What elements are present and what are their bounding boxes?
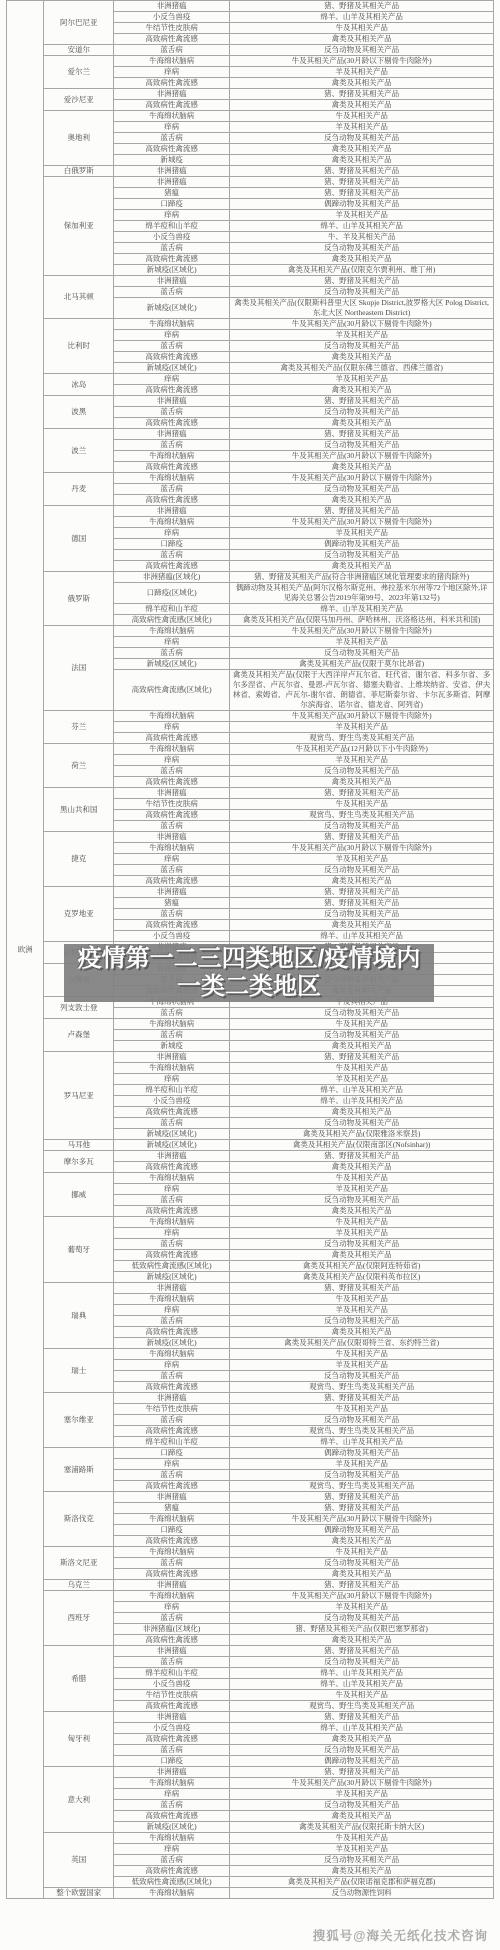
disease-cell: 高致病性禽流感 xyxy=(114,254,230,265)
country-cell: 马耳他 xyxy=(44,1140,114,1151)
country-cell: 瑞典 xyxy=(44,1283,114,1349)
disease-cell: 牛海绵状脑病 xyxy=(114,56,230,67)
products-cell: 猪、野猪及其相关产品 xyxy=(230,1492,494,1503)
country-cell: 乌克兰 xyxy=(44,1580,114,1591)
table-row: 白俄罗斯非洲猪瘟猪、野猪及其相关产品 xyxy=(7,166,494,177)
products-cell: 羊及其相关产品 xyxy=(230,1360,494,1371)
table-row: 罗马尼亚非洲猪瘟猪、野猪及其相关产品 xyxy=(7,1052,494,1063)
disease-cell: 蓝舌病 xyxy=(114,1118,230,1129)
products-cell: 偶蹄动物及其相关产品 xyxy=(230,199,494,210)
disease-cell: 非洲猪瘟 xyxy=(114,1052,230,1063)
products-cell: 猪、野猪及其相关产品 xyxy=(230,1580,494,1591)
country-cell: 奥地利 xyxy=(44,111,114,166)
country-cell: 白俄罗斯 xyxy=(44,166,114,177)
disease-cell: 蓝舌病 xyxy=(114,484,230,495)
disease-cell: 口蹄疫(区域化) xyxy=(114,583,230,604)
disease-cell: 小反刍兽疫 xyxy=(114,1096,230,1107)
disease-cell: 痒病 xyxy=(114,67,230,78)
table-row: 欧洲阿尔巴尼亚非洲猪瘟猪、野猪及其相关产品 xyxy=(7,1,494,12)
disease-cell: 绵羊痘和山羊痘 xyxy=(114,221,230,232)
disease-cell: 牛结节性皮肤病 xyxy=(114,1690,230,1701)
table-row: 挪威牛海绵状脑病牛及其相关产品 xyxy=(7,1173,494,1184)
products-cell: 禽类及其相关产品(仅限雅洛米察县) xyxy=(230,1129,494,1140)
disease-cell: 高致病性禽流感 xyxy=(114,810,230,821)
products-cell: 反刍动物及其相关产品 xyxy=(230,648,494,659)
disease-cell: 牛海绵状脑病 xyxy=(114,1294,230,1305)
disease-cell: 蓝舌病 xyxy=(114,407,230,418)
products-cell: 羊及其相关产品 xyxy=(230,755,494,766)
products-cell: 禽类及其相关产品 xyxy=(230,78,494,89)
products-cell: 羊及其相关产品 xyxy=(230,1074,494,1085)
disease-cell: 非洲猪瘟 xyxy=(114,276,230,287)
products-cell: 绵羊、山羊及其相关产品 xyxy=(230,1437,494,1448)
disease-cell: 蓝舌病 xyxy=(114,1030,230,1041)
disease-cell: 高致病性禽流感 xyxy=(114,1250,230,1261)
products-cell: 禽类及其相关产品 xyxy=(230,1250,494,1261)
products-cell: 牛及其相关产品(12月龄以下小牛肉除外) xyxy=(230,744,494,755)
products-cell: 牛及其相关产品(30月龄以下剔骨牛肉除外) xyxy=(230,56,494,67)
products-cell: 反刍动物及其相关产品 xyxy=(230,909,494,920)
products-cell: 反刍动物及其相关产品 xyxy=(230,1118,494,1129)
products-cell: 反刍动物及其相关产品 xyxy=(230,1613,494,1624)
disease-cell: 蓝舌病 xyxy=(114,287,230,298)
disease-cell: 高致病性禽流感 xyxy=(114,1536,230,1547)
products-cell: 反刍动物及其相关产品 xyxy=(230,1316,494,1327)
products-cell: 猪、野猪及其相关产品 xyxy=(230,1646,494,1657)
products-cell: 羊及其相关产品 xyxy=(230,1602,494,1613)
country-cell: 卢森堡 xyxy=(44,1019,114,1052)
disease-cell: 高致病性禽流感 xyxy=(114,495,230,506)
disease-cell: 非洲猪瘟 xyxy=(114,177,230,188)
products-cell: 观赏鸟、野生鸟类及其相关产品 xyxy=(230,1426,494,1437)
table-row: 芬兰牛海绵状脑病牛及其相关产品(30月龄以下剔骨牛肉除外) xyxy=(7,711,494,722)
disease-cell: 牛结节性皮肤病 xyxy=(114,1404,230,1415)
disease-cell: 蓝舌病 xyxy=(114,821,230,832)
country-cell: 爱沙尼亚 xyxy=(44,89,114,111)
products-cell: 牛及其相关产品 xyxy=(230,1019,494,1030)
products-cell: 禽类及其相关产品(仅限哥特兰省、东约特兰省) xyxy=(230,1338,494,1349)
disease-cell: 痒病 xyxy=(114,122,230,133)
products-cell: 禽类及其相关产品 xyxy=(230,1635,494,1646)
products-cell: 禽类及其相关产品 xyxy=(230,1734,494,1745)
disease-cell: 非洲猪瘟(区域化) xyxy=(114,1624,230,1635)
watermark-text: 搜狐号@海关无纸化技术咨询 xyxy=(313,1926,488,1944)
table-row: 安道尔蓝舌病反刍动物及其相关产品 xyxy=(7,45,494,56)
disease-cell: 口蹄疫 xyxy=(114,199,230,210)
disease-cell: 高致病性禽流感 xyxy=(114,1162,230,1173)
table-row: 黑山共和国非洲猪瘟猪、野猪及其相关产品 xyxy=(7,788,494,799)
disease-cell: 非洲猪瘟 xyxy=(114,1492,230,1503)
products-cell: 猪、野猪及其相关产品(符合非洲猪瘟区域化管理要求的猪肉除外) xyxy=(230,572,494,583)
table-row: 丹麦牛海绵状脑病牛及其相关产品(30月龄以下剔骨牛肉除外) xyxy=(7,473,494,484)
disease-cell: 痒病 xyxy=(114,722,230,733)
disease-cell: 高致病性禽流感 xyxy=(114,777,230,788)
disease-cell: 蓝舌病 xyxy=(114,766,230,777)
country-cell: 瑞士 xyxy=(44,1349,114,1393)
table-row: 克罗地亚非洲猪瘟猪、野猪及其相关产品 xyxy=(7,887,494,898)
disease-cell: 蓝舌病 xyxy=(114,45,230,56)
country-cell: 整个欧盟国家 xyxy=(44,1888,114,1899)
products-cell: 牛及其相关产品(30月龄以下剔骨牛肉除外) xyxy=(230,451,494,462)
products-cell: 绵羊、山羊及其相关产品 xyxy=(230,221,494,232)
disease-cell: 牛海绵状脑病 xyxy=(114,1349,230,1360)
country-cell: 波黑 xyxy=(44,396,114,429)
products-cell: 反刍动物及其相关产品 xyxy=(230,1195,494,1206)
disease-cell: 蓝舌病 xyxy=(114,1745,230,1756)
products-cell: 禽类及其相关产品(仅限东佛兰德省、西佛兰德省) xyxy=(230,363,494,374)
products-cell: 观赏鸟、野生鸟类及其相关产品 xyxy=(230,810,494,821)
disease-cell: 高致病性禽流感 xyxy=(114,462,230,473)
table-row: 匈牙利非洲猪瘟猪、野猪及其相关产品 xyxy=(7,1712,494,1723)
table-row: 斯洛文尼亚牛海绵状脑病牛及其相关产品 xyxy=(7,1547,494,1558)
disease-cell: 小反刍兽疫 xyxy=(114,232,230,243)
products-cell: 羊及其相关产品 xyxy=(230,1789,494,1800)
disease-cell: 非洲猪瘟 xyxy=(114,1283,230,1294)
table-row: 荷兰牛海绵状脑病牛及其相关产品(12月龄以下小牛肉除外) xyxy=(7,744,494,755)
disease-cell: 高致病性禽流感 xyxy=(114,100,230,111)
disease-cell: 牛海绵状脑病 xyxy=(114,1888,230,1899)
products-cell: 禽类及其相关产品 xyxy=(230,385,494,396)
overlay-title: 疫情第一二三四类地区/疫情境内一类二类地区 xyxy=(64,945,434,1001)
disease-cell: 小反刍兽疫 xyxy=(114,931,230,942)
table-row: 乌克兰非洲猪瘟猪、野猪及其相关产品 xyxy=(7,1580,494,1591)
products-cell: 牛及其相关产品 xyxy=(230,1063,494,1074)
products-cell: 羊及其相关产品 xyxy=(230,1459,494,1470)
products-cell: 牛及其相关产品(30月龄以下剔骨牛肉除外) xyxy=(230,517,494,528)
disease-cell: 高致病性禽流感 xyxy=(114,1206,230,1217)
disease-cell: 猪瘟 xyxy=(114,188,230,199)
products-cell: 禽类及其相关产品 xyxy=(230,777,494,788)
country-cell: 西班牙 xyxy=(44,1591,114,1646)
products-cell: 反刍动物及其相关产品 xyxy=(230,1855,494,1866)
disease-cell: 绵羊痘和山羊痘 xyxy=(114,1085,230,1096)
table-row: 爱尔兰牛海绵状脑病牛及其相关产品(30月龄以下剔骨牛肉除外) xyxy=(7,56,494,67)
disease-cell: 痒病 xyxy=(114,854,230,865)
disease-cell: 痒病 xyxy=(114,1360,230,1371)
products-cell: 羊及其相关产品 xyxy=(230,1844,494,1855)
products-cell: 反刍动物及其相关产品 xyxy=(230,1008,494,1019)
products-cell: 羊及其相关产品 xyxy=(230,122,494,133)
country-cell: 荷兰 xyxy=(44,744,114,788)
products-cell: 牛及其相关产品(30月龄以下剔骨牛肉除外) xyxy=(230,319,494,330)
disease-cell: 新城疫(区域化) xyxy=(114,1338,230,1349)
products-cell: 反刍动物及其相关产品 xyxy=(230,1558,494,1569)
products-cell: 羊及其相关产品 xyxy=(230,67,494,78)
products-cell: 反刍动物及其相关产品 xyxy=(230,407,494,418)
disease-cell: 牛结节性皮肤病 xyxy=(114,23,230,34)
disease-cell: 牛海绵状脑病 xyxy=(114,1173,230,1184)
products-cell: 羊及其相关产品 xyxy=(230,722,494,733)
table-row: 摩尔多瓦非洲猪瘟猪、野猪及其相关产品 xyxy=(7,1151,494,1162)
disease-cell: 高致病性禽流感 xyxy=(114,1635,230,1646)
disease-cell: 牛海绵状脑病 xyxy=(114,1833,230,1844)
disease-cell: 牛海绵状脑病 xyxy=(114,1547,230,1558)
disease-cell: 牛海绵状脑病 xyxy=(114,473,230,484)
disease-cell: 高致病性禽流感 xyxy=(114,1382,230,1393)
products-cell: 猪、野猪及其相关产品 xyxy=(230,506,494,517)
table-row: 奥地利牛海绵状脑病牛及其相关产品 xyxy=(7,111,494,122)
products-cell: 反刍动物及其相关产品 xyxy=(230,1415,494,1426)
disease-cell: 非洲猪瘟 xyxy=(114,1151,230,1162)
products-cell: 猪、野猪及其相关产品 xyxy=(230,887,494,898)
disease-cell: 非洲猪瘟 xyxy=(114,887,230,898)
region-cell: 欧洲 xyxy=(7,1,44,1899)
disease-cell: 牛海绵状脑病 xyxy=(114,1019,230,1030)
disease-cell: 痒病 xyxy=(114,374,230,385)
products-cell: 羊及其相关产品 xyxy=(230,1228,494,1239)
disease-cell: 新城疫(区域化) xyxy=(114,1129,230,1140)
table-row: 德国非洲猪瘟猪、野猪及其相关产品 xyxy=(7,506,494,517)
country-cell: 塞浦路斯 xyxy=(44,1448,114,1492)
disease-cell: 高致病性禽流感 xyxy=(114,1701,230,1712)
disease-cell: 牛海绵状脑病 xyxy=(114,1591,230,1602)
disease-cell: 新城疫(区域化) xyxy=(114,659,230,670)
country-cell: 摩尔多瓦 xyxy=(44,1151,114,1173)
products-cell: 羊及其相关产品 xyxy=(230,637,494,648)
country-cell: 冰岛 xyxy=(44,374,114,396)
products-cell: 偶蹄动物及其相关产品 xyxy=(230,539,494,550)
products-cell: 羊及其相关产品 xyxy=(230,1305,494,1316)
table-row: 英国牛海绵状脑病牛及其相关产品 xyxy=(7,1833,494,1844)
disease-cell: 牛海绵状脑病 xyxy=(114,744,230,755)
disease-cell: 低致病性禽流感(区域化) xyxy=(114,1877,230,1888)
disease-cell: 小反刍兽疫 xyxy=(114,12,230,23)
disease-cell: 蓝舌病 xyxy=(114,1008,230,1019)
disease-cell: 高致病性禽流感 xyxy=(114,1734,230,1745)
disease-cell: 新城疫(区域化) xyxy=(114,298,230,319)
products-cell: 反刍动物及其相关产品 xyxy=(230,440,494,451)
products-cell: 猪、野猪及其相关产品 xyxy=(230,1151,494,1162)
disease-cell: 非洲猪瘟 xyxy=(114,429,230,440)
country-cell: 黑山共和国 xyxy=(44,788,114,832)
products-cell: 禽类及其相关产品 xyxy=(230,1811,494,1822)
products-cell: 反刍动物及其相关产品 xyxy=(230,1800,494,1811)
country-cell: 俄罗斯 xyxy=(44,572,114,626)
disease-cell: 高致病性禽流感 xyxy=(114,1107,230,1118)
disease-cell: 高致病性禽流感 xyxy=(114,418,230,429)
products-cell: 牛及其相关产品 xyxy=(230,23,494,34)
disease-cell: 口蹄疫 xyxy=(114,1756,230,1767)
country-cell: 斯洛文尼亚 xyxy=(44,1547,114,1580)
products-cell: 牛及其相关产品 xyxy=(230,1173,494,1184)
products-cell: 牛及其相关产品(30月龄以下剔骨牛肉除外) xyxy=(230,1778,494,1789)
disease-cell: 小反刍兽疫 xyxy=(114,1679,230,1690)
country-cell: 希腊 xyxy=(44,1646,114,1712)
products-cell: 禽类及其相关产品 xyxy=(230,1041,494,1052)
disease-cell: 痒病 xyxy=(114,1789,230,1800)
table-row: 斯洛伐克非洲猪瘟猪、野猪及其相关产品 xyxy=(7,1492,494,1503)
disease-cell: 高致病性禽流感 xyxy=(114,78,230,89)
products-cell: 猪、野猪及其相关产品 xyxy=(230,1767,494,1778)
products-cell: 猪、野猪及其相关产品 xyxy=(230,1,494,12)
products-cell: 猪、野猪及其相关产品 xyxy=(230,1503,494,1514)
disease-cell: 蓝舌病 xyxy=(114,341,230,352)
products-cell: 猪、野猪及其相关产品(仅限巴塞罗那省) xyxy=(230,1624,494,1635)
table-row: 捷克非洲猪瘟猪、野猪及其相关产品 xyxy=(7,832,494,843)
disease-cell: 蓝舌病 xyxy=(114,1855,230,1866)
disease-cell: 蓝舌病 xyxy=(114,1415,230,1426)
products-cell: 绵羊、山羊及其相关产品 xyxy=(230,1085,494,1096)
disease-cell: 牛海绵状脑病 xyxy=(114,711,230,722)
products-cell: 禽类及其相关产品 xyxy=(230,144,494,155)
disease-cell: 高致病性禽流感(区域化) xyxy=(114,670,230,711)
products-cell: 禽类及其相关产品(仅限南部区(Nofsinhar)) xyxy=(230,1140,494,1151)
disease-cell: 非洲猪瘟 xyxy=(114,166,230,177)
country-cell: 斯洛伐克 xyxy=(44,1492,114,1547)
products-cell: 禽类及其相关产品(仅限斯科普里大区 Skopje District,波罗格大区 … xyxy=(230,298,494,319)
products-cell: 禽类及其相关产品 xyxy=(230,1327,494,1338)
table-row: 俄罗斯非洲猪瘟(区域化)猪、野猪及其相关产品(符合非洲猪瘟区域化管理要求的猪肉除… xyxy=(7,572,494,583)
disease-cell: 痒病 xyxy=(114,528,230,539)
table-row: 波黑非洲猪瘟猪、野猪及其相关产品 xyxy=(7,396,494,407)
table-row: 塞浦路斯口蹄疫偶蹄动物及其相关产品 xyxy=(7,1448,494,1459)
disease-cell: 痒病 xyxy=(114,330,230,341)
disease-cell: 牛海绵状脑病 xyxy=(114,451,230,462)
products-cell: 禽类及其相关产品 xyxy=(230,561,494,572)
disease-cell: 蓝舌病 xyxy=(114,1800,230,1811)
products-cell: 反刍动物及其相关产品 xyxy=(230,1657,494,1668)
disease-cell: 高致病性禽流感 xyxy=(114,1811,230,1822)
products-cell: 偶蹄动物及其相关产品 xyxy=(230,1756,494,1767)
disease-cell: 绵羊痘和山羊痘 xyxy=(114,1437,230,1448)
products-cell: 猪、野猪及其相关产品 xyxy=(230,1052,494,1063)
disease-cell: 新城疫(区域化) xyxy=(114,265,230,276)
products-cell: 猪、野猪及其相关产品 xyxy=(230,276,494,287)
disease-cell: 高致病性禽流感 xyxy=(114,920,230,931)
products-cell: 观赏鸟、野生鸟类及其相关产品 xyxy=(230,1701,494,1712)
disease-cell: 非洲猪瘟 xyxy=(114,396,230,407)
products-cell: 反刍动物源性饲料 xyxy=(230,1888,494,1899)
country-cell: 克罗地亚 xyxy=(44,887,114,942)
products-cell: 绵羊、山羊及其相关产品 xyxy=(230,12,494,23)
country-cell: 英国 xyxy=(44,1833,114,1888)
products-cell: 偶蹄动物及其相关产品 xyxy=(230,1448,494,1459)
table-row: 瑞典非洲猪瘟猪、野猪及其相关产品 xyxy=(7,1283,494,1294)
disease-cell: 绵羊痘和山羊痘 xyxy=(114,1668,230,1679)
disease-cell: 猪瘟 xyxy=(114,898,230,909)
disease-cell: 非洲猪瘟 xyxy=(114,506,230,517)
products-cell: 猪、野猪及其相关产品 xyxy=(230,166,494,177)
country-cell: 比利时 xyxy=(44,319,114,374)
table-row: 北马其顿非洲猪瘟猪、野猪及其相关产品 xyxy=(7,276,494,287)
table-row: 瑞士牛海绵状脑病牛及其相关产品 xyxy=(7,1349,494,1360)
table-row: 保加利亚非洲猪瘟猪、野猪及其相关产品 xyxy=(7,177,494,188)
table-row: 比利时牛海绵状脑病牛及其相关产品(30月龄以下剔骨牛肉除外) xyxy=(7,319,494,330)
table-row: 整个欧盟国家牛海绵状脑病反刍动物源性饲料 xyxy=(7,1888,494,1899)
disease-cell: 蓝舌病 xyxy=(114,1657,230,1668)
disease-cell: 痒病 xyxy=(114,1228,230,1239)
table-row: 葡萄牙牛海绵状脑病牛及其相关产品 xyxy=(7,1217,494,1228)
disease-cell: 痒病 xyxy=(114,1305,230,1316)
disease-cell: 高致病性禽流感 xyxy=(114,144,230,155)
disease-cell: 牛结节性皮肤病 xyxy=(114,799,230,810)
country-cell: 匈牙利 xyxy=(44,1712,114,1767)
products-cell: 羊及其相关产品 xyxy=(230,854,494,865)
products-cell: 禽类及其相关产品 xyxy=(230,876,494,887)
products-cell: 观赏鸟、野生鸟类及其相关产品 xyxy=(230,1382,494,1393)
products-cell: 反刍动物及其相关产品 xyxy=(230,865,494,876)
products-cell: 牛及其相关产品(30月龄以下剔骨牛肉除外) xyxy=(230,1591,494,1602)
products-cell: 禽类及其相关产品 xyxy=(230,1569,494,1580)
products-cell: 禽类及其相关产品(仅限马加丹州、萨哈林州、沃洛格达州、科米共和国) xyxy=(230,615,494,626)
disease-cell: 痒病 xyxy=(114,1184,230,1195)
disease-cell: 牛海绵状脑病 xyxy=(114,319,230,330)
disease-cell: 新城疫(区域化) xyxy=(114,363,230,374)
disease-cell: 高致病性禽流感(区域化) xyxy=(114,615,230,626)
products-cell: 偶蹄动物及其相关产品(阿尔汉格尔斯克州、弗拉基米尔州等72个地区除外,详见海关总… xyxy=(230,583,494,604)
country-cell: 意大利 xyxy=(44,1767,114,1833)
table-row: 波兰非洲猪瘟猪、野猪及其相关产品 xyxy=(7,429,494,440)
products-cell: 猪、野猪及其相关产品 xyxy=(230,1712,494,1723)
products-cell: 猪、野猪及其相关产品 xyxy=(230,396,494,407)
table-row: 希腊非洲猪瘟猪、野猪及其相关产品 xyxy=(7,1646,494,1657)
disease-cell: 非洲猪瘟 xyxy=(114,1646,230,1657)
country-cell: 葡萄牙 xyxy=(44,1217,114,1283)
table-row: 卢森堡牛海绵状脑病牛及其相关产品 xyxy=(7,1019,494,1030)
products-cell: 绵羊、山羊及其相关产品 xyxy=(230,1679,494,1690)
disease-cell: 非洲猪瘟 xyxy=(114,1,230,12)
products-cell: 反刍动物及其相关产品 xyxy=(230,133,494,144)
country-cell: 波兰 xyxy=(44,429,114,473)
products-cell: 禽类及其相关产品 xyxy=(230,1107,494,1118)
disease-cell: 非洲猪瘟 xyxy=(114,1767,230,1778)
disease-cell: 蓝舌病 xyxy=(114,1239,230,1250)
disease-cell: 牛海绵状脑病 xyxy=(114,1063,230,1074)
disease-cell: 低致病性禽流感(区域化) xyxy=(114,1261,230,1272)
products-cell: 猪、野猪及其相关产品 xyxy=(230,898,494,909)
products-cell: 禽类及其相关产品(仅限阿连特茹省) xyxy=(230,1261,494,1272)
disease-cell: 高致病性禽流感 xyxy=(114,385,230,396)
products-cell: 反刍动物及其相关产品 xyxy=(230,287,494,298)
products-cell: 禽类及其相关产品(仅限托斯卡纳大区) xyxy=(230,1822,494,1833)
products-cell: 牛及其相关产品 xyxy=(230,111,494,122)
table-row: 马耳他新城疫(区域化)禽类及其相关产品(仅限南部区(Nofsinhar)) xyxy=(7,1140,494,1151)
products-cell: 牛及其相关产品 xyxy=(230,1547,494,1558)
products-cell: 牛及其相关产品 xyxy=(230,799,494,810)
products-cell: 禽类及其相关产品 xyxy=(230,155,494,166)
products-cell: 牛及其相关产品(30月龄以下剔骨牛肉除外) xyxy=(230,843,494,854)
disease-cell: 猪瘟 xyxy=(114,1503,230,1514)
country-cell: 塞尔维亚 xyxy=(44,1393,114,1448)
products-cell: 牛、羊及其相关产品 xyxy=(230,232,494,243)
disease-cell: 痒病 xyxy=(114,637,230,648)
disease-cell: 蓝舌病 xyxy=(114,133,230,144)
disease-cell: 蓝舌病 xyxy=(114,440,230,451)
products-cell: 禽类及其相关产品 xyxy=(230,462,494,473)
disease-cell: 蓝舌病 xyxy=(114,909,230,920)
products-cell: 反刍动物及其相关产品 xyxy=(230,341,494,352)
disease-cell: 口蹄疫 xyxy=(114,539,230,550)
products-cell: 反刍动物及其相关产品 xyxy=(230,243,494,254)
disease-cell: 蓝舌病 xyxy=(114,1316,230,1327)
products-cell: 反刍动物及其相关产品 xyxy=(230,821,494,832)
disease-cell: 牛海绵状脑病 xyxy=(114,1778,230,1789)
table-row: 西班牙牛海绵状脑病牛及其相关产品(30月龄以下剔骨牛肉除外) xyxy=(7,1591,494,1602)
disease-cell: 高致病性禽流感 xyxy=(114,876,230,887)
products-cell: 禽类及其相关产品 xyxy=(230,1206,494,1217)
products-cell: 牛及其相关产品 xyxy=(230,1833,494,1844)
country-cell: 丹麦 xyxy=(44,473,114,506)
products-cell: 牛及其相关产品 xyxy=(230,1294,494,1305)
disease-cell: 蓝舌病 xyxy=(114,1371,230,1382)
disease-cell: 蓝舌病 xyxy=(114,1613,230,1624)
disease-cell: 高致病性禽流感 xyxy=(114,352,230,363)
disease-cell: 蓝舌病 xyxy=(114,865,230,876)
products-cell: 反刍动物及其相关产品 xyxy=(230,484,494,495)
disease-cell: 牛海绵状脑病 xyxy=(114,1514,230,1525)
products-cell: 绵羊、山羊及其相关产品 xyxy=(230,1668,494,1679)
products-cell: 禽类及其相关产品 xyxy=(230,34,494,45)
